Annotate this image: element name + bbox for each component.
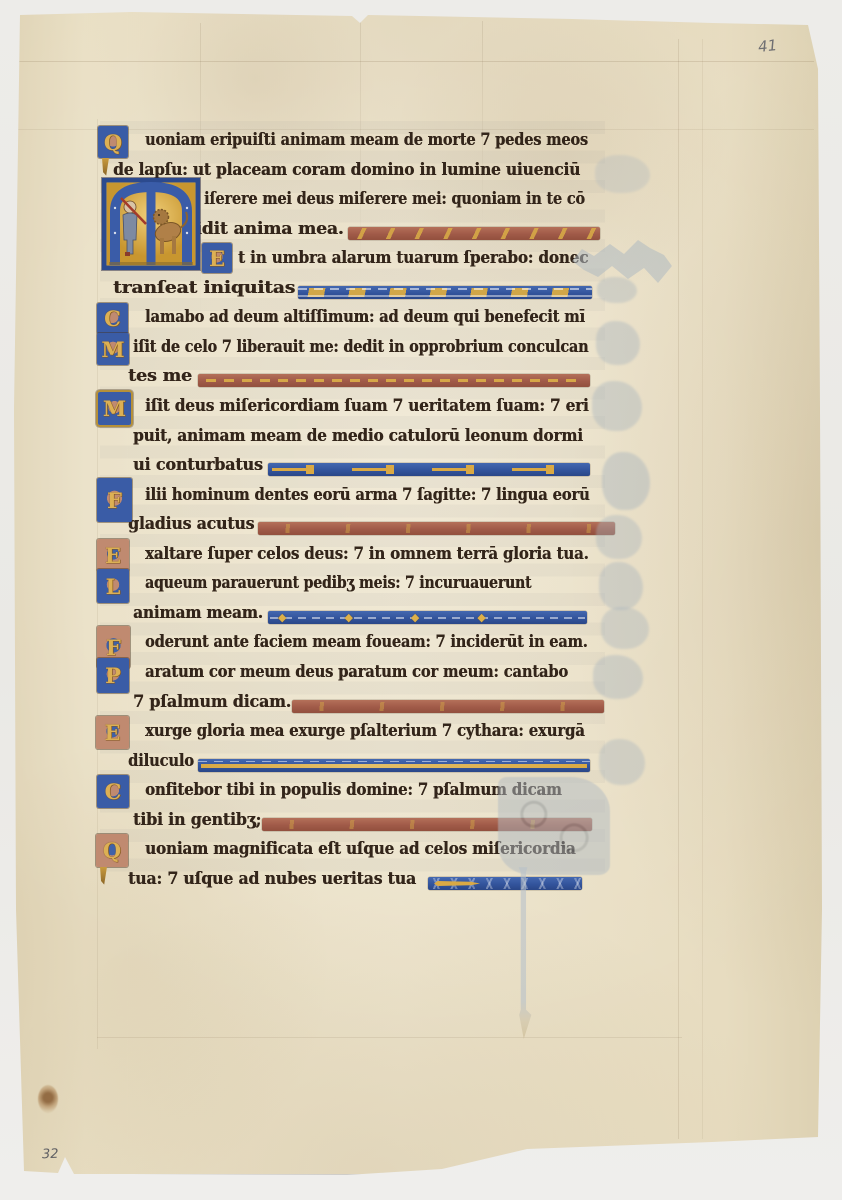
line-filler-red <box>348 227 600 240</box>
line-filler-red <box>258 522 615 535</box>
illuminated-initial: P <box>97 658 129 693</box>
psalm-text: ilii hominum dentes eorū arma 7 ſagitte:… <box>145 485 590 504</box>
initial-letter: L <box>106 574 121 599</box>
psalm-text: xurge gloria mea exurge pſalterium 7 cyt… <box>145 721 585 740</box>
text-line: iſit deus miſericordiam ſuam 7 ueritatem… <box>145 396 623 422</box>
text-line: aratum cor meum deus paratum cor meum: c… <box>145 662 619 688</box>
illuminated-initial: E <box>96 716 129 749</box>
text-line: animam meam. <box>133 603 273 629</box>
text-line: iſit de celo 7 liberauit me: dedit in op… <box>133 337 655 363</box>
psalm-text: lamabo ad deum altiſſimum: ad deum qui b… <box>145 307 585 326</box>
initial-letter: P <box>105 663 121 688</box>
line-filler-red <box>198 374 590 387</box>
text-line: xaltare ſuper celos deus: 7 in omnem ter… <box>145 544 631 570</box>
text-line: tes me <box>128 366 188 392</box>
text-line: aqueum parauerunt pedibʒ meis: 7 incurua… <box>145 573 599 599</box>
illuminated-initial: M <box>97 333 129 365</box>
psalm-text: aratum cor meum deus paratum cor meum: c… <box>145 662 568 681</box>
initial-letter: Q <box>104 130 122 155</box>
text-line: ilii hominum dentes eorū arma 7 ſagitte:… <box>145 485 642 511</box>
text-line: t in umbra alarum tuarum ſperabo: donec <box>238 248 617 274</box>
illuminated-initial: Q <box>98 126 128 158</box>
offset-ghost-mark <box>602 452 650 510</box>
illuminated-initial: E <box>202 243 232 273</box>
line-filler-red <box>292 700 604 713</box>
psalm-text: iſerere mei deus miſerere mei: quoniam i… <box>204 189 585 208</box>
psalm-text: iſit deus miſericordiam ſuam 7 ueritatem… <box>145 396 589 415</box>
offset-ghost-mark <box>592 381 642 431</box>
photo-background: uoniam eripuiſti animam meam de morte 7 … <box>0 0 842 1200</box>
offset-ghost-mark <box>504 867 542 1039</box>
line-filler-blue <box>198 759 590 772</box>
text-line: fidit anima mea. <box>188 219 337 245</box>
text-line: 7 pſalmum dicam. <box>133 692 297 718</box>
psalm-text: 7 pſalmum dicam. <box>133 692 291 711</box>
offset-ghost-mark <box>601 607 649 649</box>
initial-letter: Q <box>103 838 121 863</box>
ruling-line <box>18 61 814 62</box>
psalm-text: aqueum parauerunt pedibʒ meis: 7 incurua… <box>145 573 531 592</box>
initial-letter: F <box>107 488 122 513</box>
initial-letter: E <box>209 246 225 271</box>
initial-letter: M <box>101 337 124 362</box>
psalm-text: puit, animam meam de medio catulorū leon… <box>133 426 583 445</box>
line-filler-blue: ◆◆◆◆ <box>268 611 587 624</box>
initial-letter: E <box>105 543 121 568</box>
text-line: tua: 7 uſque ad nubes ueritas tua <box>128 869 430 895</box>
psalm-text: uoniam eripuiſti animam meam de morte 7 … <box>145 130 588 149</box>
text-line: diluculo <box>128 751 202 777</box>
initial-letter: C <box>104 306 121 331</box>
david-and-lion-miniature <box>102 178 200 270</box>
offset-ghost-mark <box>596 321 640 365</box>
text-line: oderunt ante faciem meam foueam: 7 incid… <box>145 632 647 658</box>
illuminated-initial: L <box>97 569 129 603</box>
line-filler-blue <box>428 877 582 890</box>
initial-letter: E <box>104 720 120 745</box>
text-line: tranſeat iniquitas <box>113 278 272 304</box>
line-filler-blue <box>298 286 592 299</box>
offset-ghost-mark <box>595 155 650 193</box>
psalm-text: oderunt ante faciem meam foueam: 7 incid… <box>145 632 588 651</box>
psalm-text: gladius acutus <box>128 514 254 533</box>
psalm-text: tranſeat iniquitas <box>113 278 295 297</box>
leaf-number-pencil: 32 <box>42 1147 59 1163</box>
text-line: puit, animam meam de medio catulorū leon… <box>133 426 619 452</box>
offset-ghost-mark <box>597 277 637 303</box>
psalm-text: tua: 7 uſque ad nubes ueritas tua <box>128 869 416 888</box>
folio-number-pencil: 41 <box>757 36 778 56</box>
historiated-initial-m <box>102 178 200 270</box>
line-filler-blue <box>268 463 590 476</box>
psalm-text: tibi in gentibʒ; <box>133 810 261 829</box>
illuminated-initial: M <box>98 392 131 425</box>
initial-letter: C <box>105 779 122 804</box>
text-line: lamabo ad deum altiſſimum: ad deum qui b… <box>145 307 640 333</box>
psalm-text: fidit anima mea. <box>188 219 344 238</box>
psalm-text: de lapſu: ut placeam coram domino in lum… <box>113 160 580 179</box>
psalm-text: tes me <box>128 366 192 385</box>
psalm-text: t in umbra alarum tuarum ſperabo: donec <box>238 248 588 267</box>
offset-ghost-mark <box>593 655 643 699</box>
text-line: tibi in gentibʒ; <box>133 810 266 836</box>
manuscript-leaf: uoniam eripuiſti animam meam de morte 7 … <box>12 9 822 1174</box>
offset-ghost-mark <box>599 562 643 610</box>
ruling-line <box>702 39 703 1139</box>
offset-ghost-mark <box>599 739 645 785</box>
initial-letter: M <box>103 396 126 421</box>
text-line: ui conturbatus <box>133 455 267 481</box>
psalm-text: ui conturbatus <box>133 455 263 474</box>
illuminated-initial: Q <box>96 834 128 867</box>
ruling-line <box>678 39 679 1139</box>
ruling-line <box>97 1037 682 1038</box>
text-line: xurge gloria mea exurge pſalterium 7 cyt… <box>145 721 632 747</box>
stain <box>38 1085 58 1113</box>
offset-ghost-mark <box>498 777 610 875</box>
gold-ornaments: ◆◆◆◆ <box>278 611 544 624</box>
psalm-text: animam meam. <box>133 603 263 622</box>
illuminated-initial: F <box>97 478 132 522</box>
illuminated-initial: C <box>97 775 129 808</box>
offset-ghost-mark <box>596 515 642 559</box>
illuminated-initial: E <box>97 539 129 571</box>
initial-letter: F <box>106 635 121 660</box>
text-line: gladius acutus <box>128 514 260 540</box>
text-line: iſerere mei deus miſerere mei: quoniam i… <box>204 189 639 215</box>
psalm-text: diluculo <box>128 751 194 770</box>
psalm-text: xaltare ſuper celos deus: 7 in omnem ter… <box>145 544 589 563</box>
text-line: uoniam eripuiſti animam meam de morte 7 … <box>145 130 648 156</box>
psalm-text: iſit de celo 7 liberauit me: dedit in op… <box>133 337 588 356</box>
illuminated-initial: C <box>97 303 128 334</box>
